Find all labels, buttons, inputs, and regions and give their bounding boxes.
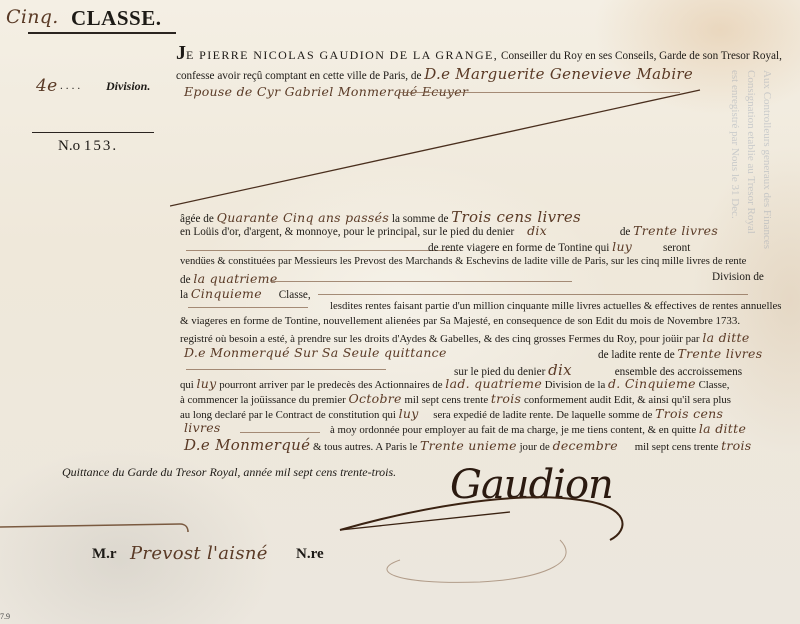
fill-line bbox=[186, 369, 386, 370]
receipt-number: N.o 153. bbox=[58, 138, 118, 155]
body-line-6: de rente viagere en forme de Tontine qui… bbox=[428, 239, 690, 254]
text: mil sept cens trente bbox=[404, 394, 488, 406]
division-ref: lad. quatrieme bbox=[445, 376, 542, 391]
text: à commencer la joüissance du premier bbox=[180, 394, 346, 406]
division-number-handwritten: 4e bbox=[36, 76, 57, 96]
drop-initial: J bbox=[176, 42, 186, 64]
body-line-15: qui luy pourront arriver par le predecès… bbox=[180, 376, 729, 391]
denier-rate: dix bbox=[527, 223, 547, 238]
text: seront bbox=[663, 242, 690, 254]
text: conformement audit Edit, & ainsi qu'il s… bbox=[524, 394, 731, 406]
body-line-8: de la quatrieme bbox=[180, 271, 278, 286]
body-line-11: & viageres en forme de Tontine, nouvelle… bbox=[180, 315, 740, 327]
body-line-18: à moy ordonnée pour employer au fait de … bbox=[330, 421, 746, 436]
beneficiary-name: D.e Monmerqué bbox=[184, 436, 310, 454]
text: pourront arriver par le predecès des Act… bbox=[219, 379, 442, 391]
fill-line bbox=[188, 307, 308, 308]
text: de rente viagere en forme de Tontine qui bbox=[428, 242, 609, 254]
text: à moy ordonnée pour employer au fait de … bbox=[330, 424, 696, 436]
fold-line bbox=[0, 520, 200, 540]
date-month: decembre bbox=[553, 438, 618, 453]
corner-mark: 7.9 bbox=[0, 612, 10, 621]
text-hand: luy bbox=[197, 376, 217, 391]
signature-flourish bbox=[330, 470, 650, 600]
body-line-1: JE PIERRE NICOLAS GAUDION DE LA GRANGE, … bbox=[176, 42, 782, 65]
issuer-title: Conseiller du Roy en ses Conseils, Garde… bbox=[501, 50, 782, 62]
text: la bbox=[180, 289, 188, 301]
fill-line bbox=[272, 281, 572, 282]
text: de bbox=[620, 226, 631, 238]
date-year: trois bbox=[721, 438, 751, 453]
number-value: 153. bbox=[84, 138, 118, 154]
fill-line bbox=[318, 294, 748, 295]
text: jour de bbox=[520, 441, 550, 453]
classe-handwritten: Cinquieme bbox=[191, 286, 262, 301]
division-handwritten: la quatrieme bbox=[193, 271, 277, 286]
division-dots: .... bbox=[60, 80, 83, 92]
class-underline bbox=[28, 32, 176, 34]
beneficiary-pronoun: luy bbox=[612, 239, 632, 254]
text: Classe, bbox=[699, 379, 730, 391]
number-rule bbox=[32, 132, 154, 133]
classe-ref: d. Cinquieme bbox=[608, 376, 696, 391]
body-line-12: registré où besoin a esté, à prendre sur… bbox=[180, 330, 750, 345]
body-line-5: en Loüis d'or, d'argent, & monnoye, pour… bbox=[180, 223, 718, 238]
nre-label: N.re bbox=[296, 546, 324, 563]
body-line-17: au long declaré par le Contract de const… bbox=[180, 406, 723, 421]
start-month: Octobre bbox=[348, 391, 401, 406]
division-de-label: Division de bbox=[712, 271, 764, 283]
body-line-16: à commencer la joüissance du premier Oct… bbox=[180, 391, 731, 406]
division-label: Division. bbox=[106, 79, 150, 94]
text: de ladite rente de bbox=[598, 349, 675, 361]
text-hand: luy bbox=[399, 406, 419, 421]
beneficiary-ref: la ditte bbox=[699, 421, 746, 436]
body-line-13-hand: D.e Monmerqué Sur Sa Seule quittance bbox=[184, 345, 447, 360]
text: de bbox=[180, 274, 191, 286]
body-line-7: vendües & constituées par Messieurs les … bbox=[180, 256, 746, 267]
amount-repeat: Trois cens bbox=[655, 406, 723, 421]
beneficiary-ref: la ditte bbox=[702, 330, 749, 345]
text: Division de la bbox=[545, 379, 606, 391]
annual-rent: Trente livres bbox=[633, 223, 718, 238]
date-day: Trente unieme bbox=[420, 438, 517, 453]
text: en Loüis d'or, d'argent, & monnoye, pour… bbox=[180, 226, 514, 238]
body-line-13: de ladite rente de Trente livres bbox=[598, 346, 762, 361]
text: Classe, bbox=[279, 289, 311, 301]
text: mil sept cens trente bbox=[635, 441, 719, 453]
body-line-18-hand: livres bbox=[184, 420, 221, 435]
notary-name: Prevost l'aisné bbox=[130, 543, 268, 564]
number-label: N.o bbox=[58, 138, 80, 154]
issuer-name: E PIERRE NICOLAS GAUDION DE LA GRANGE, bbox=[186, 48, 498, 62]
annual-rent-repeat: Trente livres bbox=[678, 346, 763, 361]
class-number-handwritten: Cinq. bbox=[6, 6, 59, 28]
mr-label: M.r bbox=[92, 546, 117, 563]
body-line-9: la Cinquieme Classe, bbox=[180, 286, 311, 301]
text: qui bbox=[180, 379, 194, 391]
fill-line bbox=[240, 432, 320, 433]
diagonal-strike-line bbox=[170, 70, 710, 210]
body-line-19: D.e Monmerqué & tous autres. A Paris le … bbox=[184, 436, 752, 454]
body-line-10: lesdites rentes faisant partie d'un mill… bbox=[330, 300, 781, 312]
class-label: CLASSE. bbox=[71, 6, 161, 31]
text: & tous autres. A Paris le bbox=[313, 441, 417, 453]
start-year: trois bbox=[491, 391, 521, 406]
text: registré où besoin a esté, à prendre sur… bbox=[180, 333, 700, 345]
fill-line bbox=[186, 250, 456, 251]
text: sera expedié de ladite rente. De laquell… bbox=[433, 409, 652, 421]
